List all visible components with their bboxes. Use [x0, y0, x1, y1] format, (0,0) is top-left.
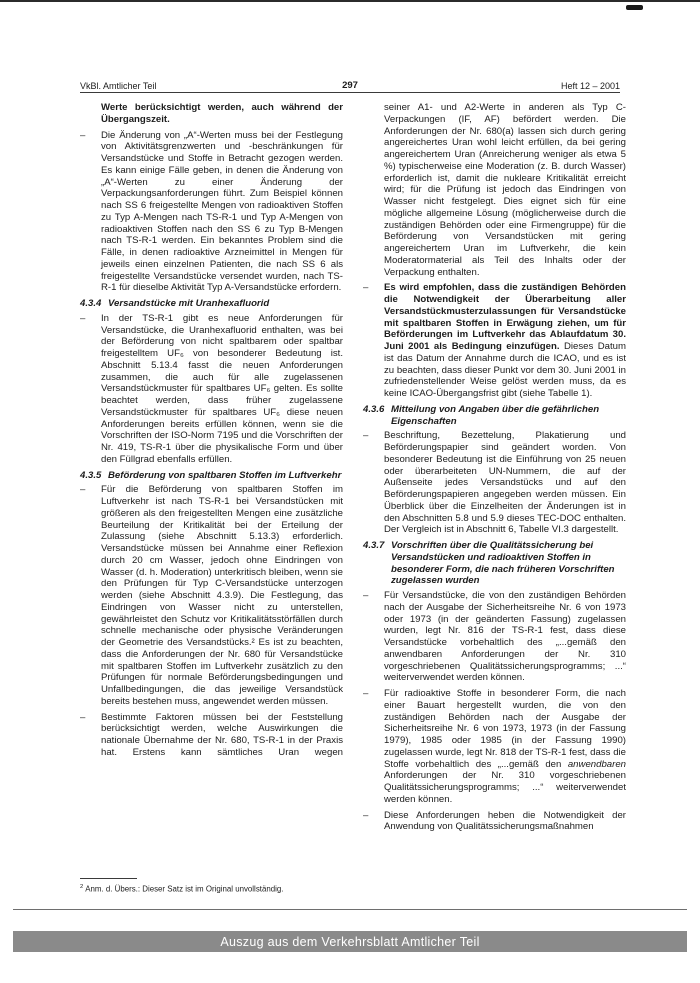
paragraph-text: Diese Anforderungen heben die Notwendigk…	[384, 810, 626, 833]
dash-marker: –	[80, 313, 85, 325]
paragraph-text: Für die Beförderung von spaltbaren Stoff…	[101, 484, 343, 707]
two-column-body: Werte berücksichtigt werden, auch währen…	[80, 102, 626, 837]
dash-marker: –	[363, 430, 368, 442]
list-item: – In der TS-R-1 gibt es neue Anforderung…	[80, 313, 343, 466]
list-item: – Beschriftung, Bezettelung, Plakatierun…	[363, 430, 626, 536]
footer-banner: Auszug aus dem Verkehrsblatt Amtlicher T…	[13, 931, 687, 952]
list-item: – Bestimmte Faktoren müssen bei der Fest…	[80, 712, 343, 759]
dash-marker: –	[363, 810, 368, 822]
list-item: – Es wird empfohlen, dass die zuständige…	[363, 282, 626, 400]
paragraph-text: Anforderungen der Nr. 310 vorgeschrieben…	[384, 770, 626, 805]
footnote-text: Anm. d. Übers.: Dieser Satz ist im Origi…	[85, 885, 283, 894]
carryover-paragraph: seiner A1- und A2-Werte in anderen als T…	[363, 102, 626, 278]
dash-marker: –	[363, 282, 368, 294]
section-title: Vorschriften über die Qualitätssicherung…	[391, 540, 615, 586]
list-item: – Die Änderung von „A“-Werten muss bei d…	[80, 130, 343, 295]
list-item: – Für radioaktive Stoffe in besonderer F…	[363, 688, 626, 806]
paragraph-text: Bestimmte Faktoren müssen bei der Festst…	[101, 712, 343, 758]
list-item: – Für die Beförderung von spaltbaren Sto…	[80, 484, 343, 707]
list-item: – Diese Anforderungen heben die Notwendi…	[363, 810, 626, 834]
dash-marker: –	[363, 688, 368, 700]
header-journal-title: VkBl. Amtlicher Teil	[80, 81, 156, 91]
footnote-rule	[80, 878, 137, 879]
section-number: 4.3.7	[363, 540, 384, 552]
paragraph-text: Beschriftung, Bezettelung, Plakatierung …	[384, 430, 626, 535]
section-heading-4-3-6: 4.3.6 Mitteilung von Angaben über die ge…	[363, 404, 626, 428]
footer-rule	[13, 909, 687, 910]
paragraph-text: Für radioaktive Stoffe in besonderer For…	[384, 688, 626, 770]
page-header: VkBl. Amtlicher Teil 297 Heft 12 – 2001	[80, 77, 620, 91]
scan-artifact-mark	[626, 5, 643, 10]
section-number: 4.3.6	[363, 404, 384, 416]
right-column: seiner A1- und A2-Werte in anderen als T…	[363, 102, 626, 837]
dash-marker: –	[80, 130, 85, 142]
dash-marker: –	[80, 712, 85, 724]
section-title: Versandstücke mit Uranhexafluorid	[108, 298, 269, 309]
section-heading-4-3-7: 4.3.7 Vorschriften über die Qualitätssic…	[363, 540, 626, 587]
section-heading-4-3-4: 4.3.4 Versandstücke mit Uranhexafluorid	[80, 298, 343, 310]
section-heading-4-3-5: 4.3.5 Beförderung von spaltbaren Stoffen…	[80, 470, 343, 482]
left-column: Werte berücksichtigt werden, auch währen…	[80, 102, 343, 837]
section-title: Mitteilung von Angaben über die gefährli…	[391, 404, 599, 427]
paragraph-text: Die Änderung von „A“-Werten muss bei der…	[101, 130, 343, 294]
header-page-number: 297	[342, 80, 358, 91]
section-number: 4.3.4	[80, 298, 101, 310]
paragraph-text: In der TS-R-1 gibt es neue Anforderungen…	[101, 313, 343, 465]
footnote-marker: 2	[80, 884, 83, 890]
scan-artifact-top-line	[0, 0, 700, 2]
footnote: 2Anm. d. Übers.: Dieser Satz ist im Orig…	[80, 884, 380, 894]
list-item: – Für Versandstücke, die von den zuständ…	[363, 590, 626, 684]
section-title: Beförderung von spaltbaren Stoffen im Lu…	[108, 470, 341, 481]
footer-banner-text: Auszug aus dem Verkehrsblatt Amtlicher T…	[220, 935, 479, 949]
paragraph-text-italic: anwendbaren	[568, 759, 626, 770]
document-page: VkBl. Amtlicher Teil 297 Heft 12 – 2001 …	[0, 0, 700, 983]
dash-marker: –	[363, 590, 368, 602]
header-rule	[80, 92, 620, 93]
carryover-paragraph-bold: Werte berücksichtigt werden, auch währen…	[80, 102, 343, 126]
paragraph-text: Für Versandstücke, die von den zuständig…	[384, 590, 626, 683]
dash-marker: –	[80, 484, 85, 496]
section-number: 4.3.5	[80, 470, 101, 482]
header-issue: Heft 12 – 2001	[561, 81, 620, 91]
